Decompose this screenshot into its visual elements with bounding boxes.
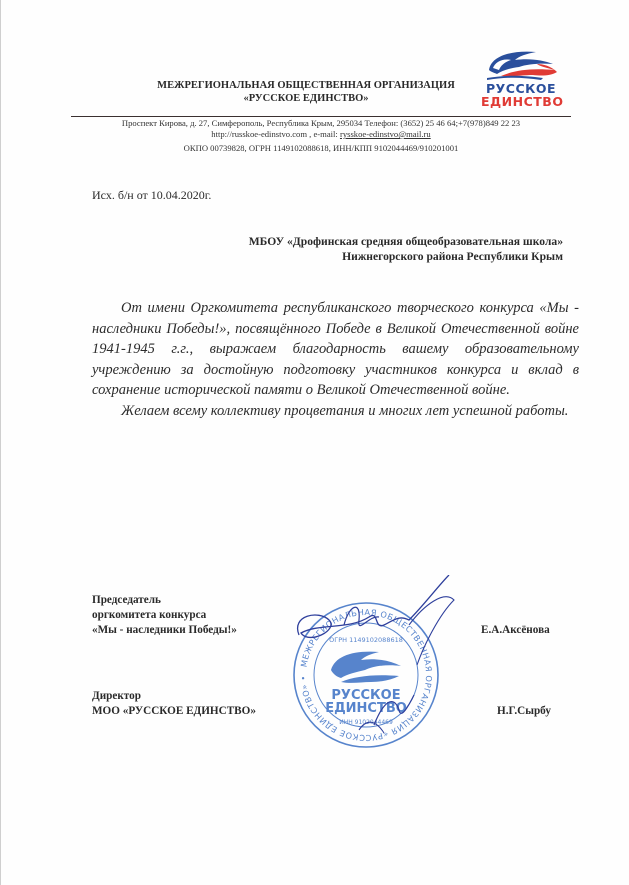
organization-logo: РУССКОЕ ЕДИНСТВО (481, 48, 561, 116)
signatory-1-title-line2: оргкомитета конкурса (92, 608, 237, 623)
letter-body: От имени Оргкомитета республиканского тв… (92, 298, 579, 421)
logo-text-line2: ЕДИНСТВО (481, 95, 561, 108)
addressee-line2: Нижнегорского района Республики Крым (249, 249, 563, 264)
signatory-1-name: Е.А.Аксёнова (481, 623, 550, 638)
org-title-line1: МЕЖРЕГИОНАЛЬНАЯ ОБЩЕСТВЕННАЯ ОРГАНИЗАЦИЯ (141, 79, 471, 92)
header-divider (71, 116, 571, 117)
signatory-2-name: Н.Г.Сырбу (497, 704, 551, 719)
signatory-2-title: Директор МОО «РУССКОЕ ЕДИНСТВО» (92, 689, 256, 719)
addressee: МБОУ «Дрофинская средняя общеобразовател… (249, 234, 563, 264)
email-label: , e-mail: (307, 129, 340, 139)
signatory-2-title-line1: Директор (92, 689, 256, 704)
web-email-line: http://russkoe-edinstvo.com , e-mail: ry… (71, 129, 571, 140)
signature-scribble (289, 575, 464, 750)
contact-info: Проспект Кирова, д. 27, Симферополь, Рес… (71, 118, 571, 154)
addressee-line1: МБОУ «Дрофинская средняя общеобразовател… (249, 234, 563, 249)
registry-codes: ОКПО 00739828, ОГРН 1149102088618, ИНН/К… (71, 143, 571, 154)
email-link[interactable]: rysskoe-edinstvo@mail.ru (340, 129, 431, 139)
outgoing-reference: Исх. б/н от 10.04.2020г. (92, 188, 211, 203)
letter-page: МЕЖРЕГИОНАЛЬНАЯ ОБЩЕСТВЕННАЯ ОРГАНИЗАЦИЯ… (0, 0, 629, 885)
eagle-icon (481, 48, 561, 82)
signatory-1-title-line1: Председатель (92, 593, 237, 608)
organization-title: МЕЖРЕГИОНАЛЬНАЯ ОБЩЕСТВЕННАЯ ОРГАНИЗАЦИЯ… (141, 79, 471, 105)
signatory-2-title-line2: МОО «РУССКОЕ ЕДИНСТВО» (92, 704, 256, 719)
org-title-line2: «РУССКОЕ ЕДИНСТВО» (141, 92, 471, 105)
website-link[interactable]: http://russkoe-edinstvo.com (211, 129, 307, 139)
body-paragraph-2: Желаем всему коллективу процветания и мн… (92, 401, 579, 422)
signatory-1-title: Председатель оргкомитета конкурса «Мы - … (92, 593, 237, 638)
body-paragraph-1: От имени Оргкомитета республиканского тв… (92, 298, 579, 401)
address-phone: Проспект Кирова, д. 27, Симферополь, Рес… (71, 118, 571, 129)
signatory-1-title-line3: «Мы - наследники Победы!» (92, 623, 237, 638)
